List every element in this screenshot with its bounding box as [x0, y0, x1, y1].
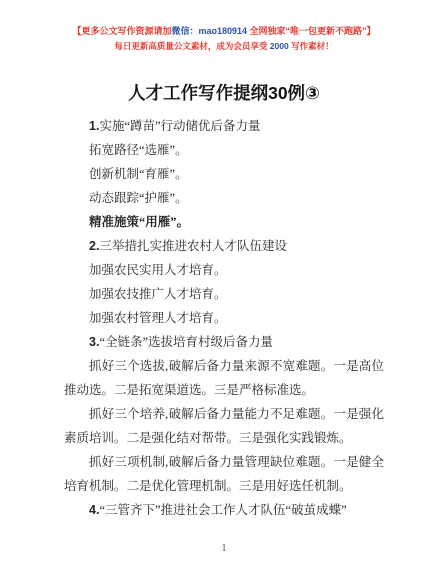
paragraph-text: 抓好三个培养,破解后备力量能力不足难题。一是强化素质培训。二是强化结对帮带。三是…: [64, 407, 384, 445]
paragraph: 1.实施“蹲苗”行动储优后备力量: [64, 114, 384, 138]
paragraph: 精准施策“用雁”。: [64, 210, 384, 234]
paragraph-text: 加强农技推广人才培育。: [89, 287, 227, 301]
paragraph-text: “三管齐下”推进社会工作人才队伍“破茧成蝶”: [99, 503, 346, 517]
promo-header: 【更多公文写作资源请加微信：mao180914 全网独家“唯一包更新不跑路”】 …: [0, 0, 448, 53]
promo-line-2: 每日更新高质量公文素材，成为会员享受 2000 写作素材！: [0, 39, 448, 53]
paragraph-text: 拓宽路径“选雁”。: [89, 143, 188, 157]
promo-line1-suffix: 全网独家“唯一包更新不跑路”】: [247, 26, 376, 36]
paragraph-number: 2.: [89, 239, 99, 253]
paragraph: 动态跟踪“护雁”。: [64, 186, 384, 210]
document-page: 【更多公文写作资源请加微信：mao180914 全网独家“唯一包更新不跑路”】 …: [0, 0, 448, 580]
paragraph: 创新机制“育雁”。: [64, 162, 384, 186]
promo-line2-count: 2000: [270, 41, 289, 51]
document-body: 1.实施“蹲苗”行动储优后备力量拓宽路径“选雁”。创新机制“育雁”。动态跟踪“护…: [0, 114, 448, 522]
paragraph-text: 动态跟踪“护雁”。: [89, 191, 188, 205]
paragraph: 加强农村管理人才培育。: [64, 306, 384, 330]
paragraph: 抓好三个选拔,破解后备力量来源不宽难题。一是高位推动选。二是拓宽渠道选。三是严格…: [64, 354, 384, 402]
page-number: 1: [0, 543, 448, 554]
paragraph-text: 加强农村管理人才培育。: [89, 311, 227, 325]
paragraph: 抓好三个培养,破解后备力量能力不足难题。一是强化素质培训。二是强化结对帮带。三是…: [64, 402, 384, 450]
paragraph: 3.“全链条”选拔培育村级后备力量: [64, 330, 384, 354]
page-title: 人才工作写作提纲30例③: [0, 80, 448, 105]
paragraph-text: 加强农民实用人才培育。: [89, 263, 227, 277]
paragraph-number: 1.: [89, 119, 99, 133]
paragraph-number: 4.: [89, 503, 99, 517]
paragraph-text: 实施“蹲苗”行动储优后备力量: [99, 119, 260, 133]
paragraph-text: 抓好三项机制,破解后备力量管理缺位难题。一是健全培育机制。二是优化管理机制。三是…: [64, 455, 384, 493]
paragraph-number: 3.: [89, 335, 99, 349]
promo-line1-prefix: 【更多公文写作资源请加: [72, 26, 171, 36]
paragraph: 4.“三管齐下”推进社会工作人才队伍“破茧成蝶”: [64, 498, 384, 522]
paragraph: 加强农民实用人才培育。: [64, 258, 384, 282]
paragraph-text: “全链条”选拔培育村级后备力量: [99, 335, 273, 349]
promo-line2-suffix: 写作素材！: [289, 41, 334, 51]
paragraph-text: 三举措扎实推进农村人才队伍建设: [99, 239, 287, 253]
paragraph: 抓好三项机制,破解后备力量管理缺位难题。一是健全培育机制。二是优化管理机制。三是…: [64, 450, 384, 498]
paragraph: 2.三举措扎实推进农村人才队伍建设: [64, 234, 384, 258]
paragraph-text: 精准施策“用雁”。: [89, 215, 189, 229]
paragraph: 拓宽路径“选雁”。: [64, 138, 384, 162]
promo-line-1: 【更多公文写作资源请加微信：mao180914 全网独家“唯一包更新不跑路”】: [0, 23, 448, 39]
paragraph-text: 创新机制“育雁”。: [89, 167, 188, 181]
paragraph: 加强农技推广人才培育。: [64, 282, 384, 306]
paragraph-text: 抓好三个选拔,破解后备力量来源不宽难题。一是高位推动选。二是拓宽渠道选。三是严格…: [64, 359, 384, 397]
promo-line2-prefix: 每日更新高质量公文素材，成为会员享受: [114, 41, 269, 51]
promo-line1-wechat-id: 微信：mao180914: [171, 26, 247, 36]
